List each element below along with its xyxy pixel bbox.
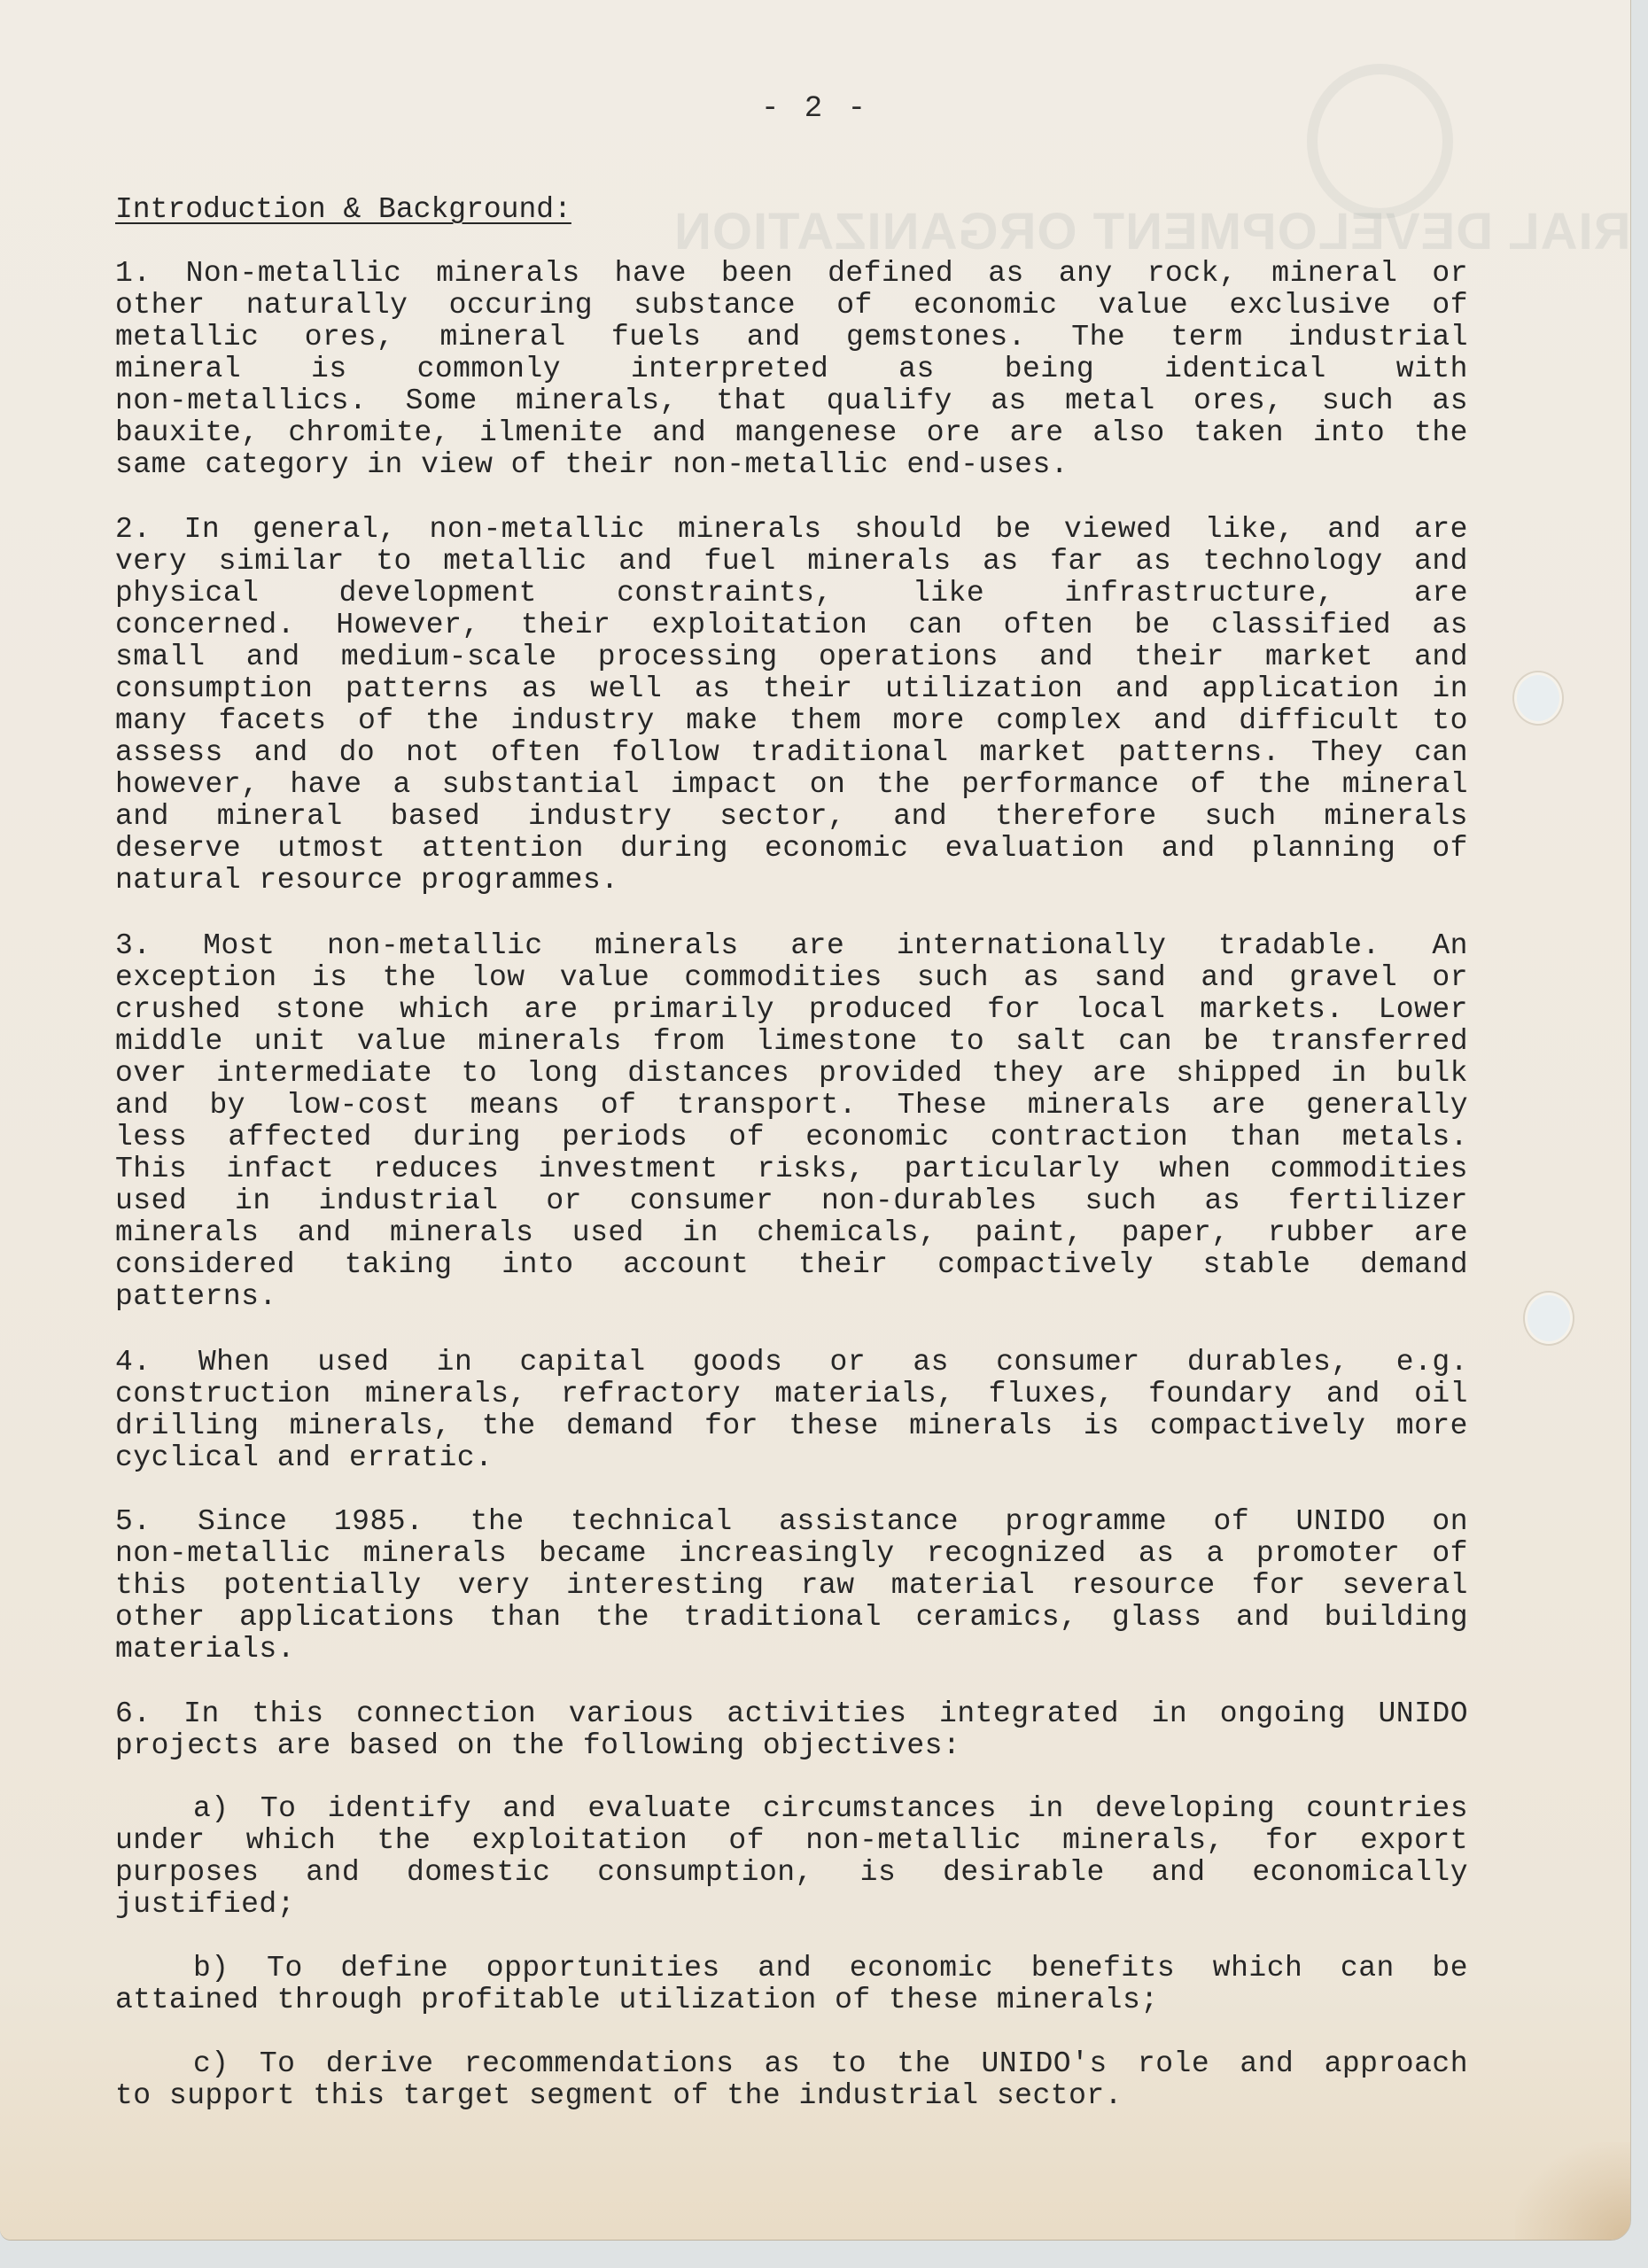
text-line: same category in view of their non-metal… <box>115 449 1468 481</box>
text-line: other naturally occuring substance of ec… <box>115 290 1468 322</box>
paragraph-2: 2. In general, non-metallic minerals sho… <box>115 514 1468 897</box>
text-line: other applications than the traditional … <box>115 1602 1468 1634</box>
text-line: and mineral based industry sector, and t… <box>115 801 1468 833</box>
text-line: cyclical and erratic. <box>115 1442 1468 1474</box>
text-line: purposes and domestic consumption, is de… <box>115 1857 1468 1889</box>
text-line: less affected during periods of economic… <box>115 1122 1468 1153</box>
text-line: justified; <box>115 1889 1468 1921</box>
text-line: minerals and minerals used in chemicals,… <box>115 1217 1468 1249</box>
document-page: UNITED NATIONS INDUSTRIAL DEVELOPMENT OR… <box>0 0 1630 2240</box>
text-line: physical development constraints, like i… <box>115 578 1468 610</box>
paragraph-4: 4. When used in capital goods or as cons… <box>115 1347 1468 1474</box>
text-line: concerned. However, their exploitation c… <box>115 610 1468 641</box>
text-line: consumption patterns as well as their ut… <box>115 673 1468 705</box>
paragraph-6: 6. In this connection various activities… <box>115 1698 1468 1762</box>
text-line: and by low-cost means of transport. Thes… <box>115 1090 1468 1122</box>
objective-c: c) To derive recommendations as to the U… <box>115 2048 1468 2112</box>
text-line: considered taking into account their com… <box>115 1249 1468 1281</box>
paragraph-5: 5. Since 1985. the technical assistance … <box>115 1506 1468 1666</box>
text-line: construction minerals, refractory materi… <box>115 1379 1468 1410</box>
text-line: drilling minerals, the demand for these … <box>115 1410 1468 1442</box>
text-line: b) To define opportunities and economic … <box>115 1953 1468 1984</box>
text-line: 1. Non-metallic minerals have been defin… <box>115 258 1468 290</box>
text-line: 3. Most non-metallic minerals are intern… <box>115 930 1468 962</box>
punch-hole-icon <box>1528 1295 1570 1341</box>
text-line: small and medium-scale processing operat… <box>115 641 1468 673</box>
objective-a: a) To identify and evaluate circumstance… <box>115 1793 1468 1921</box>
text-line: middle unit value minerals from limeston… <box>115 1026 1468 1058</box>
text-line: to support this target segment of the in… <box>115 2080 1468 2112</box>
unido-logo-show-through-icon <box>1307 64 1453 219</box>
text-line: however, have a substantial impact on th… <box>115 769 1468 801</box>
paragraph-3: 3. Most non-metallic minerals are intern… <box>115 930 1468 1313</box>
text-line: deserve utmost attention during economic… <box>115 833 1468 865</box>
text-line: exception is the low value commodities s… <box>115 962 1468 994</box>
text-line: This infact reduces investment risks, pa… <box>115 1153 1468 1185</box>
text-line: 5. Since 1985. the technical assistance … <box>115 1506 1468 1538</box>
text-line: very similar to metallic and fuel minera… <box>115 546 1468 578</box>
text-line: this potentially very interesting raw ma… <box>115 1570 1468 1602</box>
page-number: - 2 - <box>0 92 1630 126</box>
text-line: assess and do not often follow tradition… <box>115 737 1468 769</box>
text-line: non-metallic minerals became increasingl… <box>115 1538 1468 1570</box>
text-line: mineral is commonly interpreted as being… <box>115 353 1468 385</box>
text-line: 6. In this connection various activities… <box>115 1698 1468 1730</box>
text-line: crushed stone which are primarily produc… <box>115 994 1468 1026</box>
text-line: natural resource programmes. <box>115 865 1468 897</box>
objective-b: b) To define opportunities and economic … <box>115 1953 1468 2016</box>
text-line: bauxite, chromite, ilmenite and mangenes… <box>115 417 1468 449</box>
text-line: over intermediate to long distances prov… <box>115 1058 1468 1090</box>
text-line: 4. When used in capital goods or as cons… <box>115 1347 1468 1379</box>
text-line: c) To derive recommendations as to the U… <box>115 2048 1468 2080</box>
text-line: attained through profitable utilization … <box>115 1984 1468 2016</box>
text-line: patterns. <box>115 1281 1468 1313</box>
section-heading: Introduction & Background: <box>115 193 571 226</box>
text-line: a) To identify and evaluate circumstance… <box>115 1793 1468 1825</box>
text-line: many facets of the industry make them mo… <box>115 705 1468 737</box>
text-line: 2. In general, non-metallic minerals sho… <box>115 514 1468 546</box>
letterhead-show-through: UNITED NATIONS INDUSTRIAL DEVELOPMENT OR… <box>673 202 1630 261</box>
punch-hole-icon <box>1517 675 1559 721</box>
text-line: materials. <box>115 1634 1468 1666</box>
text-line: non-metallics. Some minerals, that quali… <box>115 385 1468 417</box>
text-line: under which the exploitation of non-meta… <box>115 1825 1468 1857</box>
text-line: metallic ores, mineral fuels and gemston… <box>115 322 1468 353</box>
text-line: used in industrial or consumer non-durab… <box>115 1185 1468 1217</box>
paragraph-1: 1. Non-metallic minerals have been defin… <box>115 258 1468 481</box>
text-line: projects are based on the following obje… <box>115 1730 1468 1762</box>
